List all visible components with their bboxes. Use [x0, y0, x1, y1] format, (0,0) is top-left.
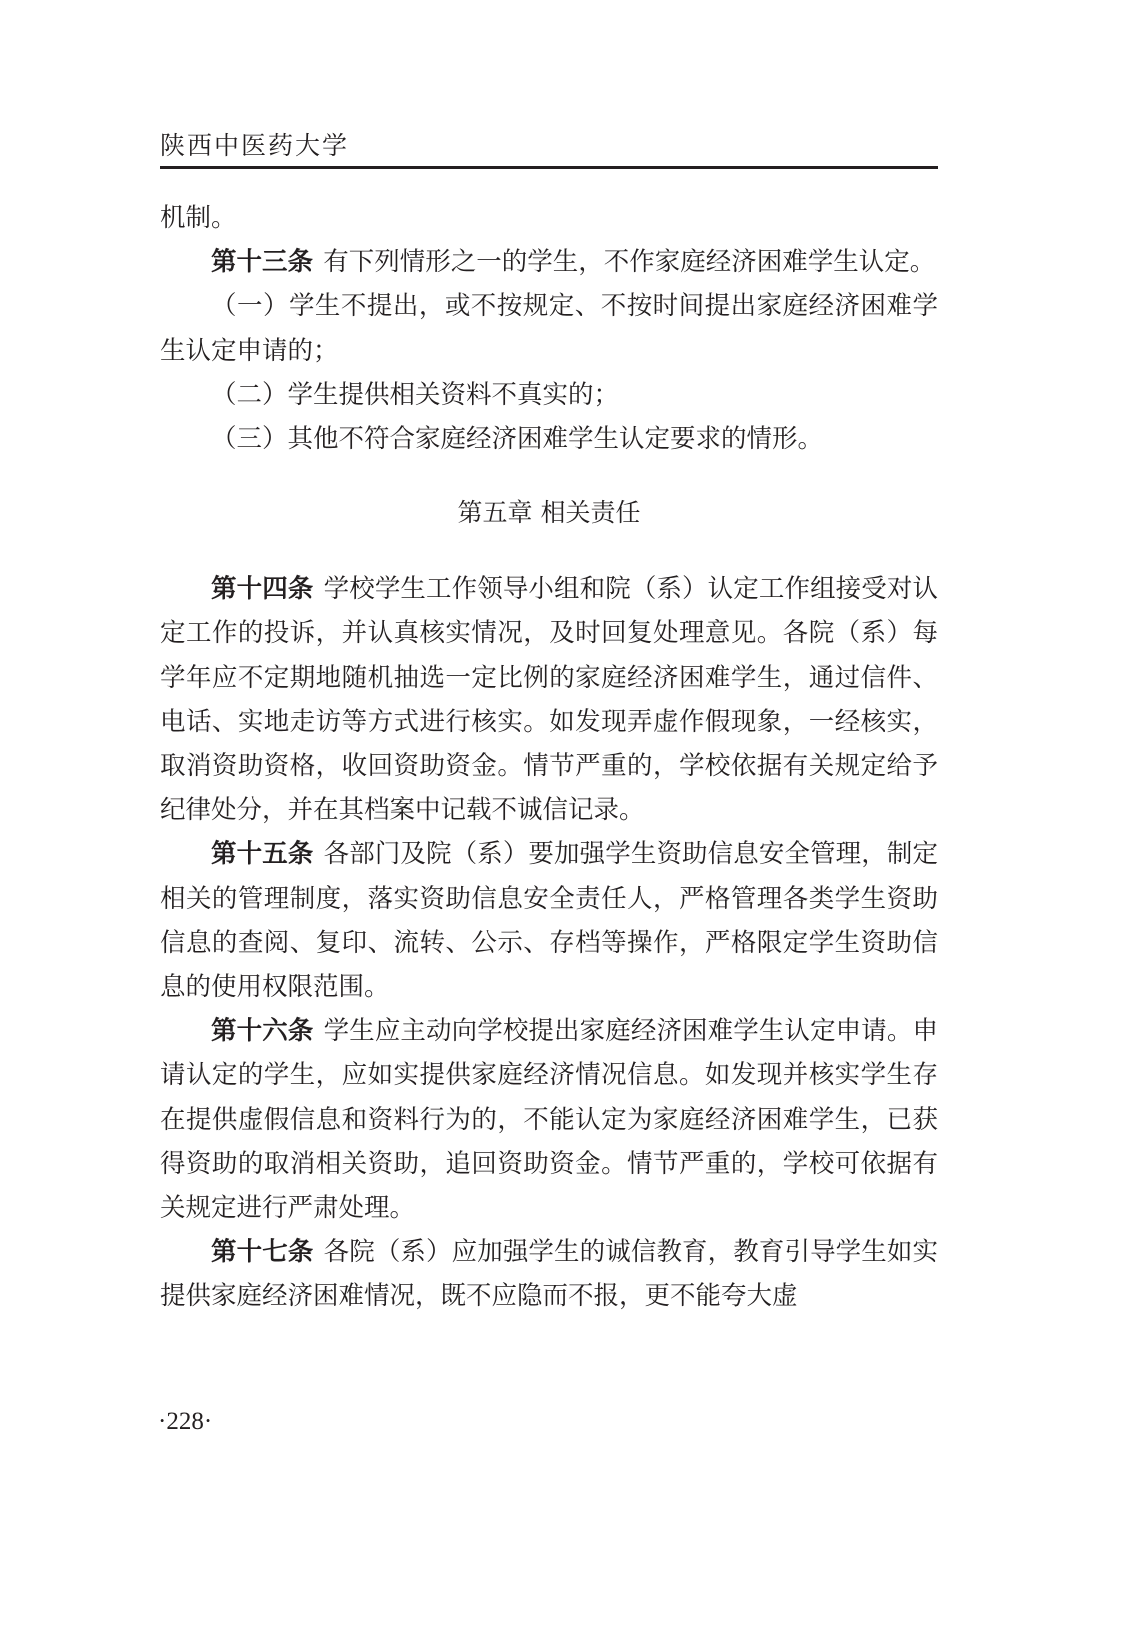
article-17: 第十七条各院（系）应加强学生的诚信教育，教育引导学生如实提供家庭经济困难情况，既…	[160, 1230, 938, 1318]
article-label: 第十五条	[211, 839, 313, 869]
article-label: 第十六条	[211, 1016, 313, 1046]
running-header: 陕西中医药大学	[160, 128, 938, 169]
article-label: 第十三条	[211, 247, 313, 277]
page-body: 机制。 第十三条有下列情形之一的学生，不作家庭经济困难学生认定。 （一）学生不提…	[160, 196, 938, 1319]
article-13: 第十三条有下列情形之一的学生，不作家庭经济困难学生认定。	[160, 240, 938, 284]
article-text: 学校学生工作领导小组和院（系）认定工作组接受对认定工作的投诉，并认真核实情况，及…	[160, 574, 938, 825]
article-13-item-2: （二）学生提供相关资料不真实的；	[160, 373, 938, 417]
article-label: 第十七条	[211, 1237, 313, 1267]
article-15: 第十五条各部门及院（系）要加强学生资助信息安全管理，制定相关的管理制度，落实资助…	[160, 832, 938, 1009]
article-13-item-3: （三）其他不符合家庭经济困难学生认定要求的情形。	[160, 417, 938, 461]
article-text: 学生应主动向学校提出家庭经济困难学生认定申请。申请认定的学生，应如实提供家庭经济…	[160, 1016, 938, 1223]
article-16: 第十六条学生应主动向学校提出家庭经济困难学生认定申请。申请认定的学生，应如实提供…	[160, 1009, 938, 1230]
header-title: 陕西中医药大学	[160, 128, 938, 164]
page-number: ·228·	[158, 1408, 212, 1436]
header-rule	[160, 166, 938, 169]
paragraph-continued: 机制。	[160, 196, 938, 240]
chapter-heading: 第五章 相关责任	[160, 491, 938, 535]
article-label: 第十四条	[211, 574, 313, 604]
article-13-item-1: （一）学生不提出，或不按规定、不按时间提出家庭经济困难学生认定申请的；	[160, 284, 938, 372]
article-text: 有下列情形之一的学生，不作家庭经济困难学生认定。	[323, 247, 935, 277]
article-14: 第十四条学校学生工作领导小组和院（系）认定工作组接受对认定工作的投诉，并认真核实…	[160, 567, 938, 832]
